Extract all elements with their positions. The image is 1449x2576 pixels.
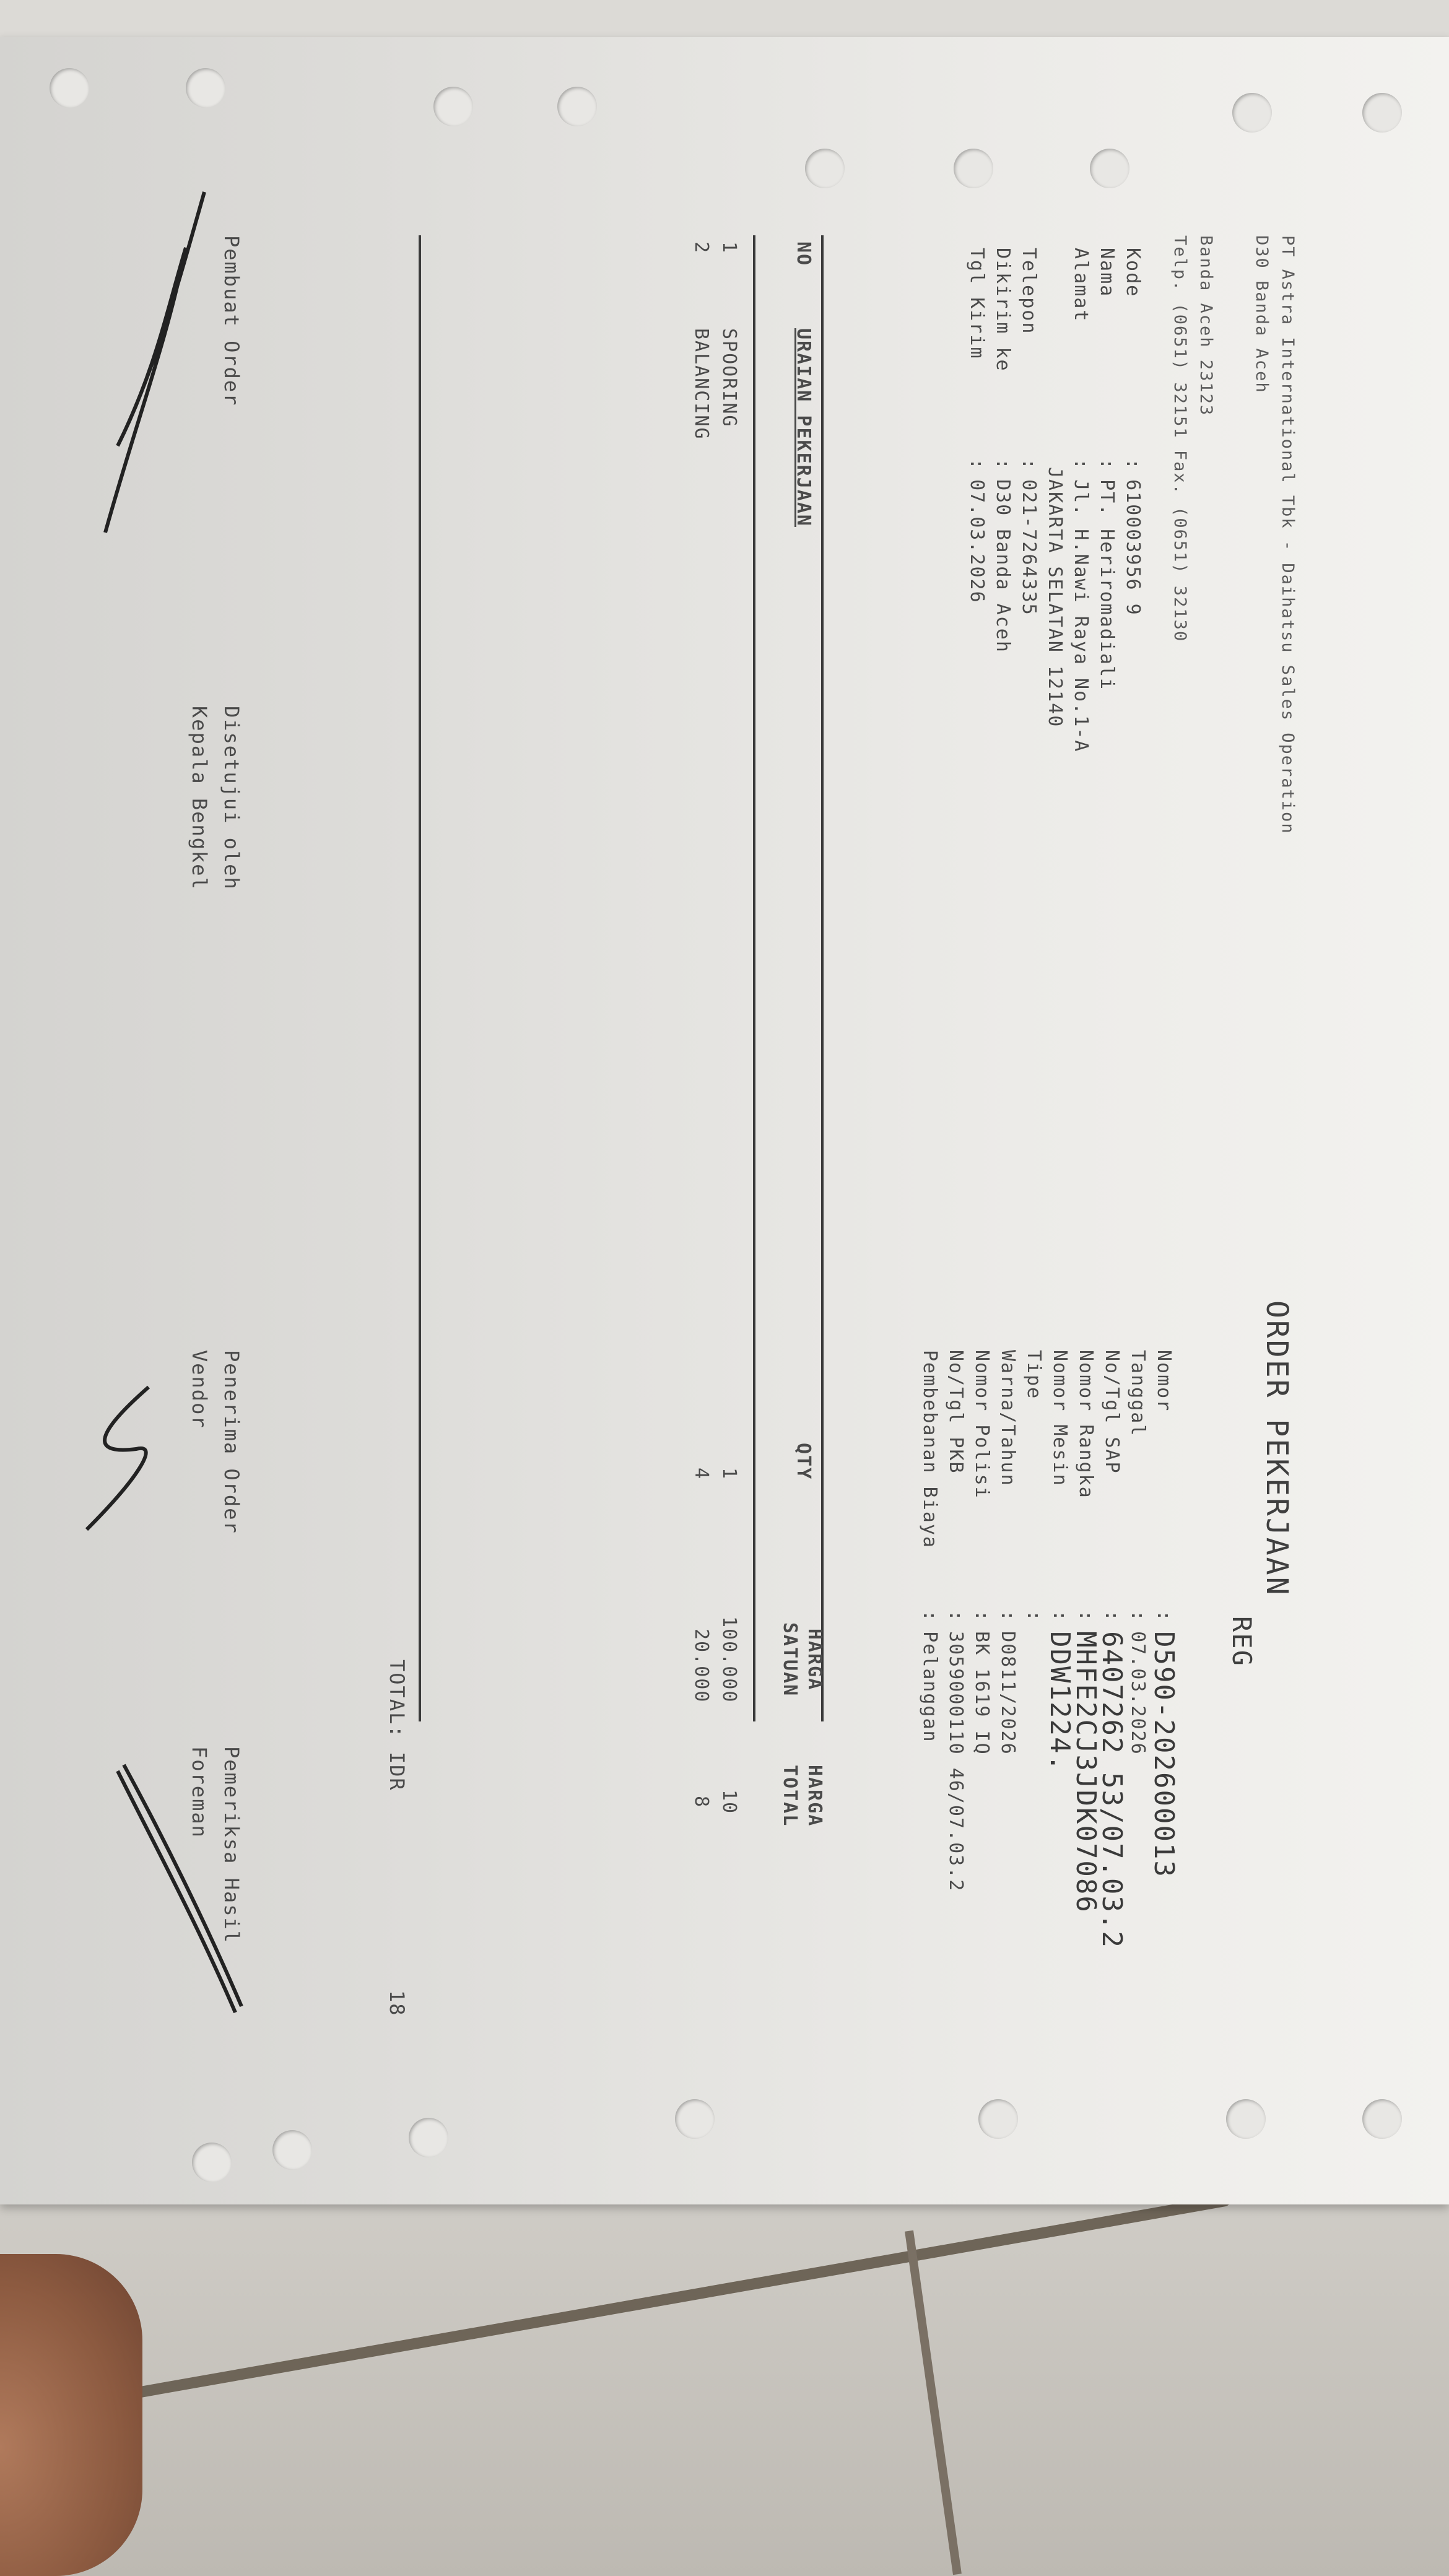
field-label: Kode	[1120, 248, 1146, 458]
table-header-rule	[753, 235, 755, 1721]
feed-hole	[186, 68, 225, 108]
field-value: MHFE2CJ3JDK07086	[1073, 1631, 1099, 1913]
field-value: 6407262 53/07.03.2	[1099, 1631, 1125, 1949]
field-separator: :	[1120, 458, 1146, 479]
field-value: Jl. H.Nawi Raya No.1-A	[1068, 479, 1094, 752]
table-top-rule	[821, 235, 824, 1721]
company-city: Banda Aceh 23123	[1193, 235, 1219, 835]
feed-hole	[1362, 93, 1402, 133]
field-row: Nomor Polisi:BK 1619 IQ	[968, 1350, 994, 1949]
signature-scribble-foreman	[111, 1759, 248, 2019]
field-label: Alamat	[1068, 248, 1094, 458]
field-separator: :	[1020, 1610, 1046, 1631]
field-label: No/Tgl SAP	[1099, 1350, 1125, 1610]
company-branch: D30 Banda Aceh	[1248, 235, 1274, 835]
row-unit-price: 20.000	[690, 1629, 712, 1703]
field-separator: :	[968, 1610, 994, 1631]
field-separator: :	[942, 1610, 968, 1631]
field-label: Tgl Kirim	[964, 248, 990, 458]
floor-background	[0, 2204, 1449, 2576]
field-row: No/Tgl PKB:3059000110 46/07.03.2	[942, 1350, 968, 1949]
field-separator: :	[1099, 1610, 1125, 1631]
row-qty: 1	[718, 1468, 740, 1480]
field-label: No/Tgl PKB	[942, 1350, 968, 1610]
col-qty: QTY	[793, 1443, 814, 1480]
row-qty: 4	[690, 1468, 712, 1480]
customer-fields: Kode:610003956 9Nama:PT. HeriromadialiAl…	[964, 248, 1146, 752]
col-total-price: HARGA TOTAL	[777, 1765, 827, 1845]
field-label: Nomor Rangka	[1073, 1350, 1099, 1610]
field-row: No/Tgl SAP:6407262 53/07.03.2	[1099, 1350, 1125, 1949]
field-separator: :	[1073, 1610, 1099, 1631]
col-unit-price: HARGA SATUAN	[777, 1598, 827, 1721]
total-label: TOTAL: IDR	[385, 1660, 409, 1791]
field-separator: :	[964, 458, 990, 479]
feed-hole	[433, 87, 473, 126]
field-value: 610003956 9	[1120, 479, 1146, 616]
row-no: 1	[718, 241, 740, 254]
field-value: D0811/2026	[994, 1631, 1020, 1756]
company-contact: Telp. (0651) 32151 Fax. (0651) 32130	[1167, 235, 1193, 835]
field-value: D30 Banda Aceh	[990, 479, 1016, 653]
field-row: JAKARTA SELATAN 12140	[1042, 248, 1068, 752]
field-separator: :	[916, 1610, 942, 1631]
document-title: ORDER PEKERJAAN	[1260, 1300, 1294, 1596]
field-value: 07.03.2026	[964, 479, 990, 604]
field-value: 07.03.2026	[1125, 1631, 1151, 1756]
field-row: Tanggal:07.03.2026	[1125, 1350, 1151, 1949]
table-bottom-rule	[419, 235, 421, 1721]
field-row: Nomor:D590-202600013	[1151, 1350, 1177, 1949]
field-row: Nomor Rangka:MHFE2CJ3JDK07086	[1073, 1350, 1099, 1949]
field-row: Alamat:Jl. H.Nawi Raya No.1-A	[1068, 248, 1094, 752]
field-label	[1042, 248, 1068, 458]
field-label: Tanggal	[1125, 1350, 1151, 1610]
field-row: Telepon:021-7264335	[1016, 248, 1042, 752]
field-value: JAKARTA SELATAN 12140	[1042, 467, 1068, 728]
field-separator: :	[1016, 458, 1042, 479]
col-no: NO	[793, 241, 814, 266]
field-label: Nomor Polisi	[968, 1350, 994, 1610]
field-row: Warna/Tahun:D0811/2026	[994, 1350, 1020, 1949]
feed-hole	[1362, 2099, 1402, 2139]
field-row: Nama:PT. Heriromadiali	[1094, 248, 1120, 752]
field-label: Nomor Mesin	[1046, 1350, 1073, 1610]
field-label: Pembebanan Biaya	[916, 1350, 942, 1610]
row-no: 2	[690, 241, 712, 254]
feed-hole	[50, 68, 89, 108]
feed-hole	[1232, 93, 1272, 133]
total-line: TOTAL: IDR 18	[385, 1660, 409, 2016]
signature-block-vendor: Penerima Order Vendor	[183, 1350, 248, 1534]
field-label: Nomor	[1151, 1350, 1177, 1610]
field-row: Tipe:	[1020, 1350, 1046, 1949]
company-name: PT Astra International Tbk - Daihatsu Sa…	[1274, 235, 1300, 835]
signature-scribble-creator	[93, 186, 279, 557]
row-total-price: 8	[690, 1796, 712, 1808]
field-value: DDW1224.	[1046, 1631, 1073, 1772]
field-value: 021-7264335	[1016, 479, 1042, 616]
field-separator: :	[1046, 1610, 1073, 1631]
row-description: SPOORING	[718, 328, 740, 428]
order-document: PT Astra International Tbk - Daihatsu Sa…	[0, 37, 1449, 2204]
field-separator: :	[1151, 1610, 1177, 1631]
document-subtitle: REG	[1227, 1616, 1257, 1667]
field-row: Dikirim ke:D30 Banda Aceh	[990, 248, 1016, 752]
field-label: Warna/Tahun	[994, 1350, 1020, 1610]
field-label: Dikirim ke	[990, 248, 1016, 458]
col-description: URAIAN PEKERJAAN	[793, 328, 814, 527]
signature-scribble-vendor	[74, 1381, 173, 1542]
field-separator: :	[1125, 1610, 1151, 1631]
field-value: PT. Heriromadiali	[1094, 479, 1120, 690]
row-description: BALANCING	[690, 328, 712, 440]
field-label: Telepon	[1016, 248, 1042, 458]
feed-hole	[557, 87, 597, 126]
field-label: Tipe	[1020, 1350, 1046, 1610]
field-row: Kode:610003956 9	[1120, 248, 1146, 752]
field-separator: :	[990, 458, 1016, 479]
page-content: PT Astra International Tbk - Daihatsu Sa…	[93, 173, 1300, 2155]
signature-block-approver: Disetujui oleh Kepala Bengkel	[183, 706, 248, 890]
field-value: 3059000110 46/07.03.2	[942, 1631, 968, 1892]
field-value: BK 1619 IQ	[968, 1631, 994, 1756]
order-fields: Nomor:D590-202600013Tanggal:07.03.2026No…	[916, 1350, 1177, 1949]
row-unit-price: 100.000	[718, 1616, 740, 1703]
field-row: Nomor Mesin:DDW1224.	[1046, 1350, 1073, 1949]
field-value: D590-202600013	[1151, 1631, 1177, 1878]
row-total-price: 10	[718, 1790, 740, 1814]
field-row: Tgl Kirim:07.03.2026	[964, 248, 990, 752]
field-label: Nama	[1094, 248, 1120, 458]
field-value: Pelanggan	[916, 1631, 942, 1743]
total-value: 18	[385, 1990, 409, 2017]
field-separator: :	[994, 1610, 1020, 1631]
field-separator: :	[1094, 458, 1120, 479]
field-separator: :	[1068, 458, 1094, 479]
company-header: PT Astra International Tbk - Daihatsu Sa…	[1167, 235, 1300, 835]
finger	[0, 2254, 142, 2576]
field-separator	[1042, 458, 1068, 467]
field-row: Pembebanan Biaya:Pelanggan	[916, 1350, 942, 1949]
